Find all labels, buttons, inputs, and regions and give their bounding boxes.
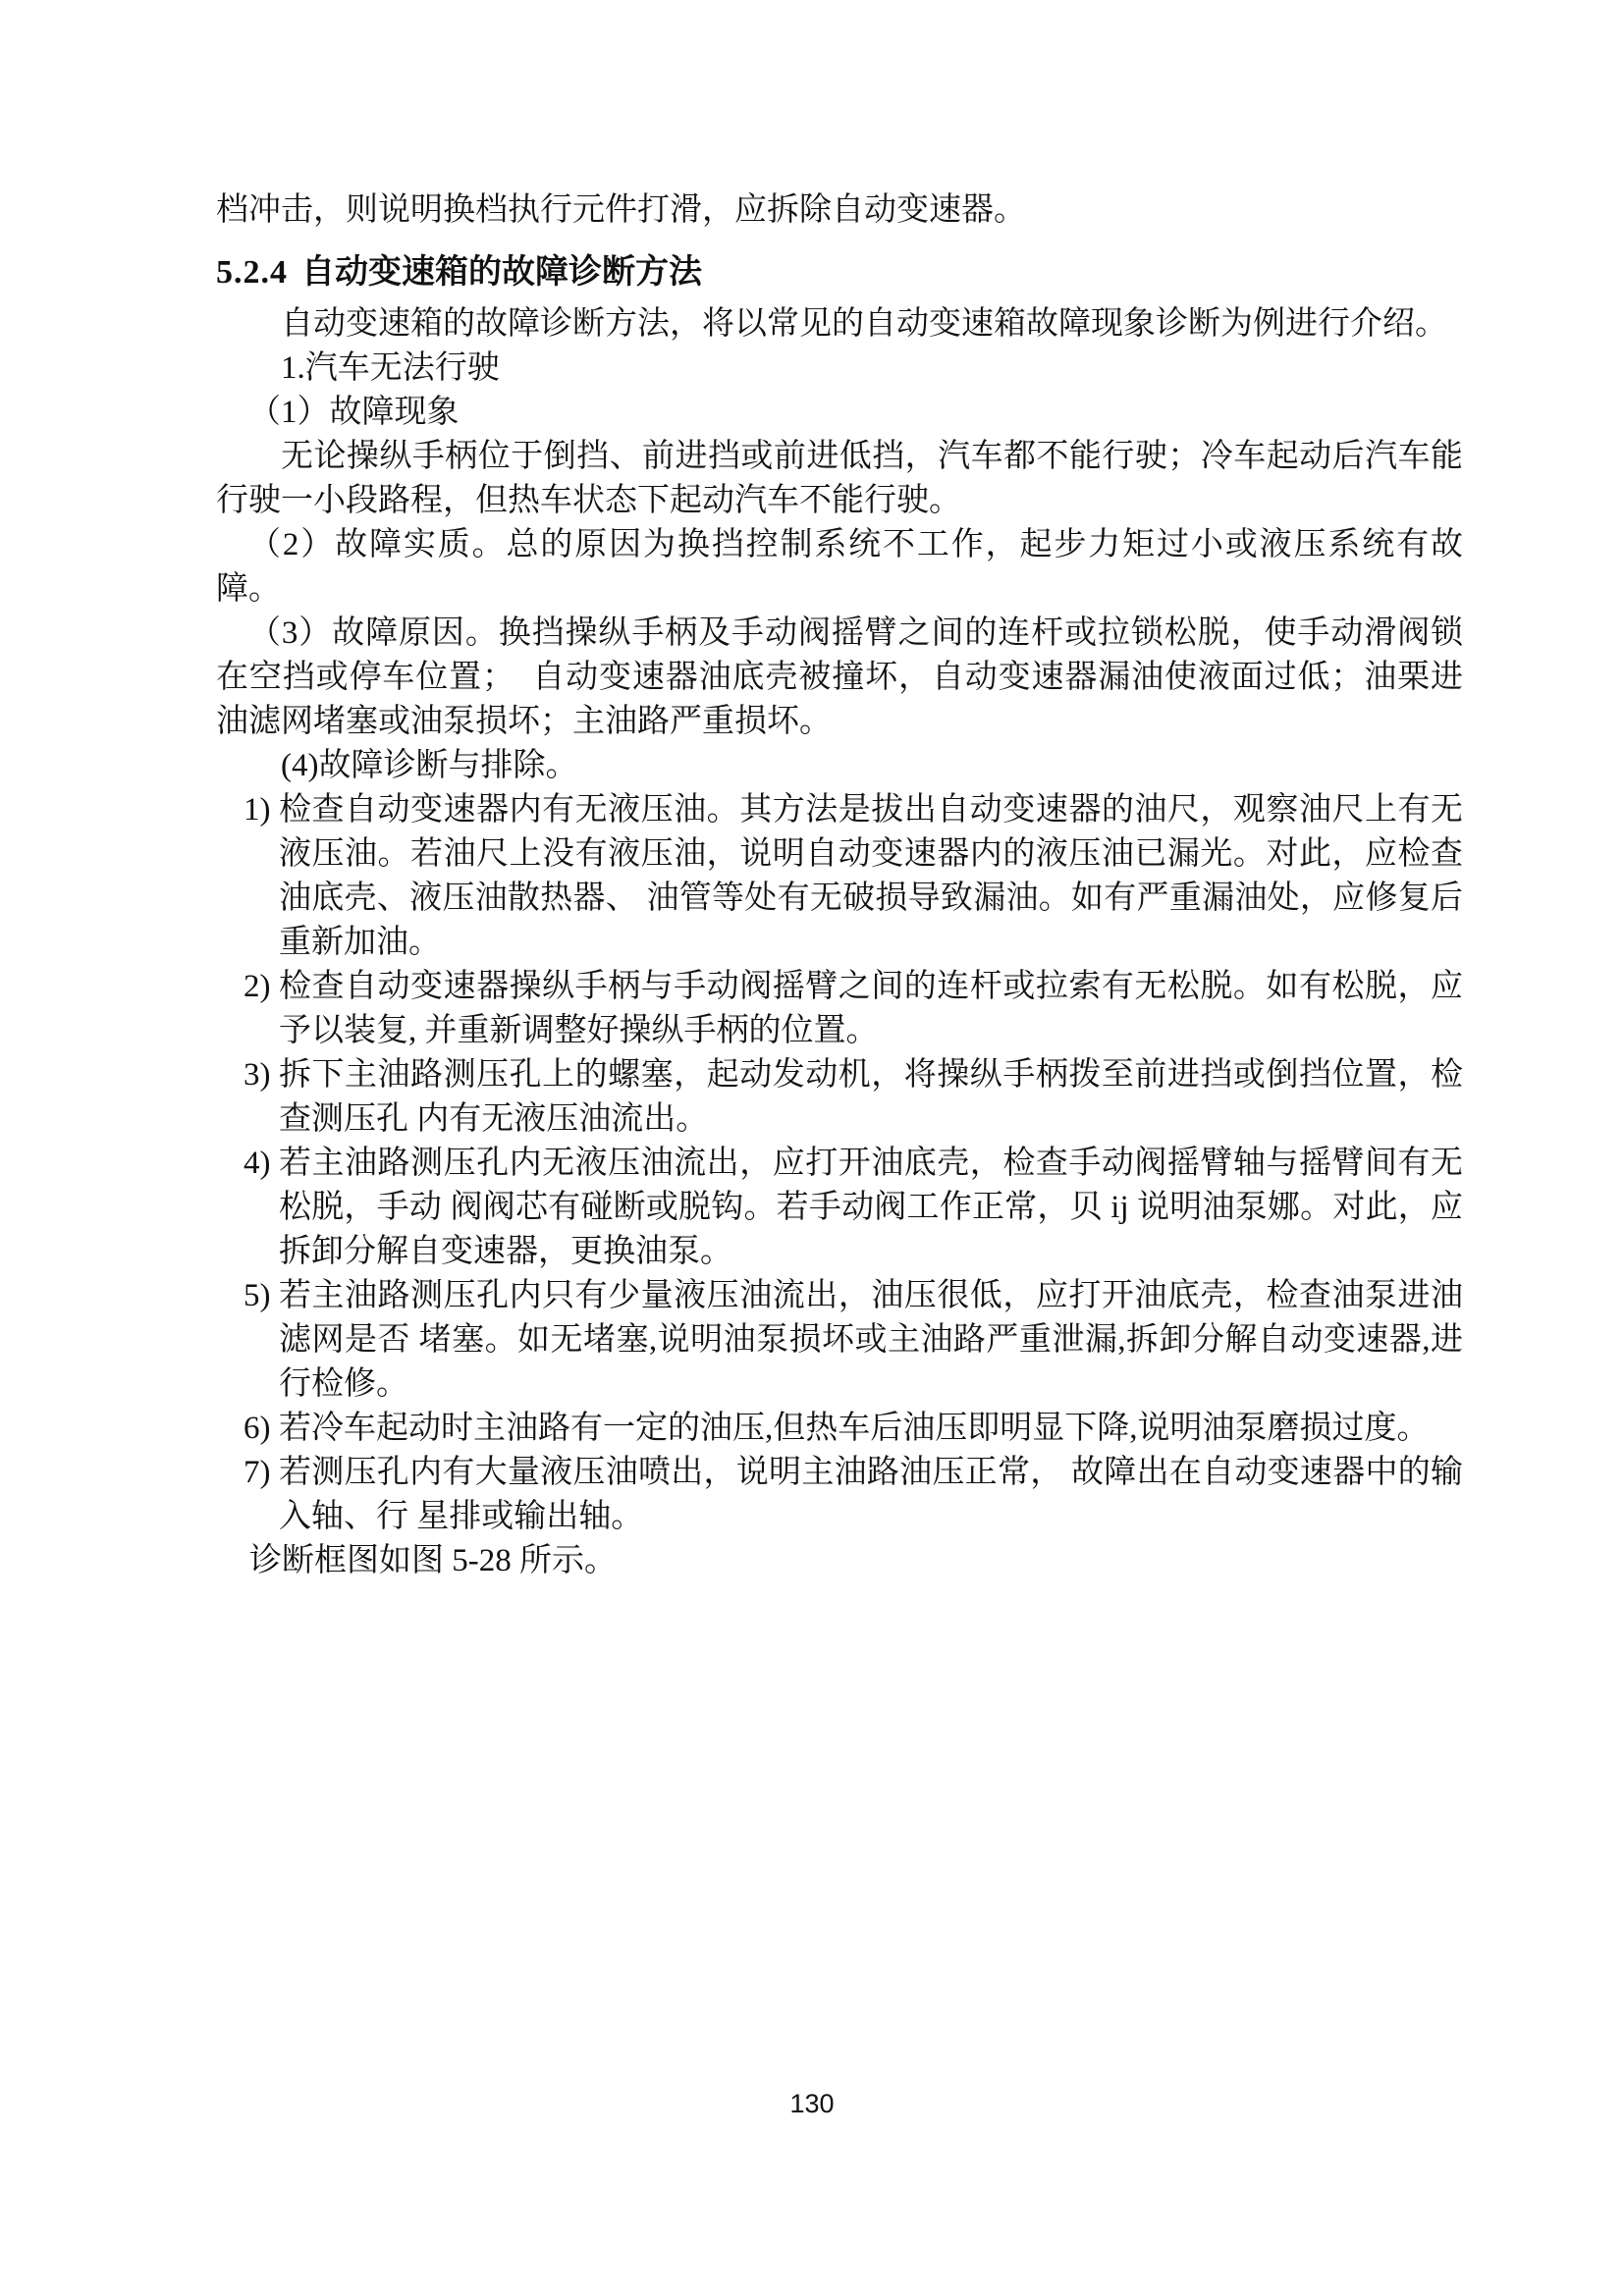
continuation-paragraph: 档冲击，则说明换档执行元件打滑，应拆除自动变速器。 [216, 188, 1463, 233]
list-item-marker: 1) [244, 788, 271, 832]
list-item-marker: 4) [244, 1142, 271, 1186]
section-heading: 5.2.4自动变速箱的故障诊断方法 [216, 250, 1463, 294]
list-item: 2) 检查自动变速器操纵手柄与手动阀摇臂之间的连杆或拉索有无松脱。如有松脱，应予… [216, 965, 1463, 1053]
list-item-marker: 6) [244, 1407, 271, 1451]
list-item-text: 若主油路测压孔内无液压油流出，应打开油底壳，检查手动阀摇臂轴与摇臂间有无松脱，手… [279, 1146, 1463, 1269]
list-item-marker: 5) [244, 1274, 271, 1318]
list-item-marker: 2) [244, 965, 271, 1009]
subsection-1-title: 1.汽车无法行驶 [216, 347, 1463, 391]
list-item-text: 拆下主油路测压孔上的螺塞，起动发动机，将操纵手柄拨至前进挡或倒挡位置，检查测压孔… [279, 1057, 1463, 1137]
list-item-marker: 7) [244, 1451, 271, 1495]
list-item-text: 若测压孔内有大量液压油喷出，说明主油路油压正常， 故障出在自动变速器中的输入轴、… [279, 1455, 1463, 1534]
section-title: 自动变速箱的故障诊断方法 [301, 253, 702, 291]
list-item: 7) 若测压孔内有大量液压油喷出，说明主油路油压正常， 故障出在自动变速器中的输… [216, 1451, 1463, 1539]
diagnosis-removal-title: (4)故障诊断与排除。 [216, 744, 1463, 788]
fault-phenomenon-title: （1）故障现象 [216, 391, 1463, 435]
section-number: 5.2.4 [216, 254, 288, 291]
closing-paragraph: 诊断框图如图 5-28 所示。 [249, 1539, 1463, 1583]
list-item-text: 检查自动变速器操纵手柄与手动阀摇臂之间的连杆或拉索有无松脱。如有松脱，应予以装复… [279, 969, 1463, 1048]
list-item-text: 若主油路测压孔内只有少量液压油流出，油压很低，应打开油底壳，检查油泵进油滤网是否… [279, 1278, 1463, 1402]
list-item-marker: 3) [244, 1053, 271, 1097]
fault-cause-paragraph: （3）故障原因。换挡操纵手柄及手动阀摇臂之间的连杆或拉锁松脱，使手动滑阀锁在空挡… [216, 612, 1463, 744]
diagnosis-list: 1) 检查自动变速器内有无液压油。其方法是拔出自动变速器的油尺，观察油尺上有无液… [216, 788, 1463, 1539]
page-number: 130 [0, 2089, 1624, 2119]
page-content: 档冲击，则说明换档执行元件打滑，应拆除自动变速器。 5.2.4自动变速箱的故障诊… [216, 188, 1463, 1583]
list-item-text: 若冷车起动时主油路有一定的油压,但热车后油压即明显下降,说明油泵磨损过度。 [279, 1411, 1430, 1446]
fault-phenomenon-paragraph: 无论操纵手柄位于倒挡、前进挡或前进低挡，汽车都不能行驶；冷车起动后汽车能行驶一小… [216, 435, 1463, 523]
document-page: 档冲击，则说明换档执行元件打滑，应拆除自动变速器。 5.2.4自动变速箱的故障诊… [0, 0, 1624, 2296]
list-item: 1) 检查自动变速器内有无液压油。其方法是拔出自动变速器的油尺，观察油尺上有无液… [216, 788, 1463, 965]
list-item: 5) 若主油路测压孔内只有少量液压油流出，油压很低，应打开油底壳，检查油泵进油滤… [216, 1274, 1463, 1407]
list-item: 4) 若主油路测压孔内无液压油流出，应打开油底壳，检查手动阀摇臂轴与摇臂间有无松… [216, 1142, 1463, 1274]
list-item-text: 检查自动变速器内有无液压油。其方法是拔出自动变速器的油尺，观察油尺上有无液压油。… [279, 792, 1463, 960]
fault-essence-paragraph: （2）故障实质。总的原因为换挡控制系统不工作，起步力矩过小或液压系统有故障。 [216, 523, 1463, 612]
intro-paragraph: 自动变速箱的故障诊断方法，将以常见的自动变速箱故障现象诊断为例进行介绍。 [216, 302, 1463, 347]
list-item: 6) 若冷车起动时主油路有一定的油压,但热车后油压即明显下降,说明油泵磨损过度。 [216, 1407, 1463, 1451]
list-item: 3) 拆下主油路测压孔上的螺塞，起动发动机，将操纵手柄拨至前进挡或倒挡位置，检查… [216, 1053, 1463, 1142]
